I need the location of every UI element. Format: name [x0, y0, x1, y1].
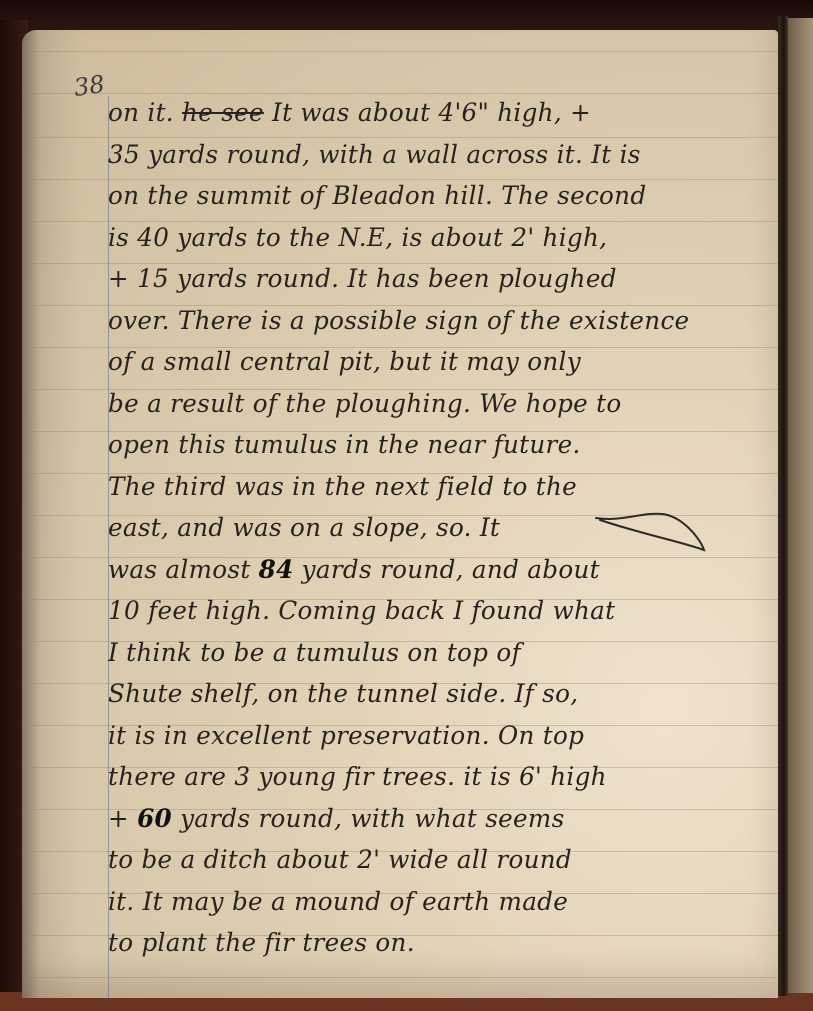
- text-fragment: it. It may be a mound of earth made: [108, 887, 568, 916]
- text-line: on the summit of Bleadon hill. The secon…: [108, 175, 788, 217]
- text-fragment: It was about 4'6" high, +: [264, 98, 591, 127]
- text-fragment: I think to be a tumulus on top of: [108, 638, 521, 667]
- text-line: it. It may be a mound of earth made: [108, 881, 788, 923]
- text-fragment: 35 yards round, with a wall across it. I…: [108, 140, 641, 169]
- text-line: over. There is a possible sign of the ex…: [108, 300, 788, 342]
- text-fragment: he see: [182, 98, 264, 127]
- text-fragment: to plant the fir trees on.: [108, 928, 415, 957]
- text-fragment: to be a ditch about 2' wide all round: [108, 845, 572, 874]
- notebook-cover-top: [0, 0, 813, 30]
- text-fragment: +: [108, 804, 137, 833]
- text-fragment: The third was in the next field to the: [108, 472, 577, 501]
- text-line: I think to be a tumulus on top of: [108, 632, 788, 674]
- text-fragment: east, and was on a slope, so. It: [108, 513, 500, 542]
- text-fragment: there are 3 young fir trees. it is 6' hi…: [108, 762, 607, 791]
- text-fragment: 60: [137, 804, 172, 833]
- text-line: The third was in the next field to the: [108, 466, 788, 508]
- text-line: is 40 yards to the N.E, is about 2' high…: [108, 217, 788, 259]
- text-fragment: over. There is a possible sign of the ex…: [108, 306, 689, 335]
- text-fragment: of a small central pit, but it may only: [108, 347, 581, 376]
- text-line: of a small central pit, but it may only: [108, 341, 788, 383]
- text-fragment: yards round, and about: [294, 555, 600, 584]
- text-fragment: was almost: [108, 555, 259, 584]
- text-line: be a result of the ploughing. We hope to: [108, 383, 788, 425]
- page-number: 38: [72, 70, 106, 102]
- text-line: Shute shelf, on the tunnel side. If so,: [108, 673, 788, 715]
- text-line: to be a ditch about 2' wide all round: [108, 839, 788, 881]
- text-line: 35 yards round, with a wall across it. I…: [108, 134, 788, 176]
- text-line: + 60 yards round, with what seems: [108, 798, 788, 840]
- text-fragment: yards round, with what seems: [172, 804, 565, 833]
- text-fragment: 84: [259, 555, 294, 584]
- text-line: to plant the fir trees on.: [108, 922, 788, 964]
- text-line: + 15 yards round. It has been ploughed: [108, 258, 788, 300]
- text-fragment: 10 feet high. Coming back I found what: [108, 596, 615, 625]
- text-fragment: is 40 yards to the N.E, is about 2' high…: [108, 223, 607, 252]
- text-fragment: on the summit of Bleadon hill. The secon…: [108, 181, 646, 210]
- text-line: open this tumulus in the near future.: [108, 424, 788, 466]
- text-line: there are 3 young fir trees. it is 6' hi…: [108, 756, 788, 798]
- text-fragment: open this tumulus in the near future.: [108, 430, 581, 459]
- text-fragment: it is in excellent preservation. On top: [108, 721, 584, 750]
- slope-sketch-icon: [592, 508, 712, 558]
- text-line: it is in excellent preservation. On top: [108, 715, 788, 757]
- text-line: 10 feet high. Coming back I found what: [108, 590, 788, 632]
- text-line: on it. he see It was about 4'6" high, +: [108, 92, 788, 134]
- text-fragment: on it.: [108, 98, 182, 127]
- text-fragment: Shute shelf, on the tunnel side. If so,: [108, 679, 578, 708]
- text-fragment: be a result of the ploughing. We hope to: [108, 389, 621, 418]
- text-fragment: + 15 yards round. It has been ploughed: [108, 264, 617, 293]
